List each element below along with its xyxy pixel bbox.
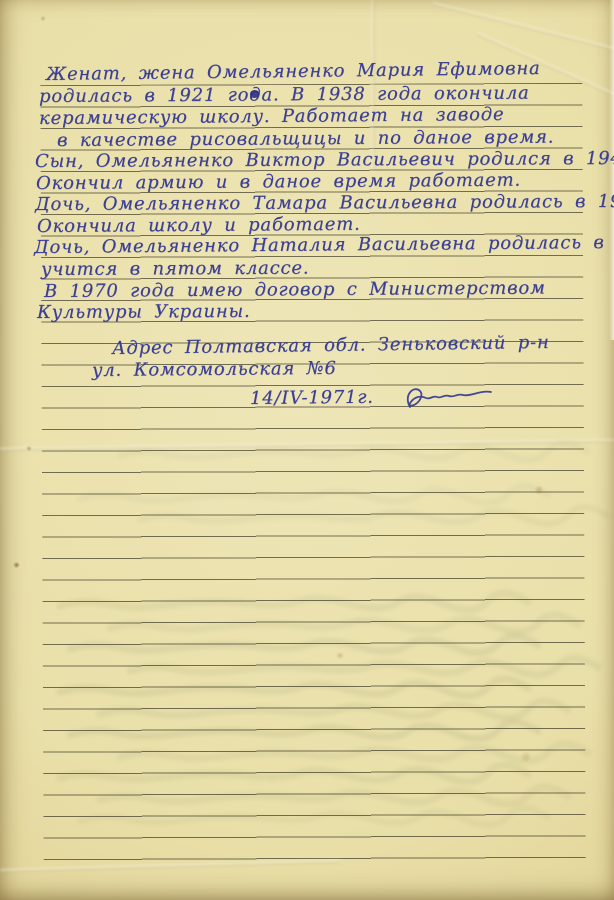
handwritten-line-5: Сын, Омельяненко Виктор Васильевич родил… [35,148,614,173]
handwritten-line-7: Дочь, Омельяненко Тамара Васильевна роди… [35,191,614,216]
scanned-letter-page: Женат, жена Омельяненко Мария Ефимовна р… [0,0,614,900]
signature-scribble [398,383,498,415]
ink-blot [250,90,259,98]
date-line: 14/IV-1971г. [250,387,374,410]
handwritten-line-3: керамическую школу. Работает на заводе [39,104,505,130]
handwritten-line-12: Культуры Украины. [37,301,251,324]
handwritten-line-10: учится в пятом классе. [41,258,309,281]
address-line-2: ул. Комсомольская №6 [92,358,337,382]
handwritten-line-11: В 1970 года имею договор с Министерством [44,277,546,303]
